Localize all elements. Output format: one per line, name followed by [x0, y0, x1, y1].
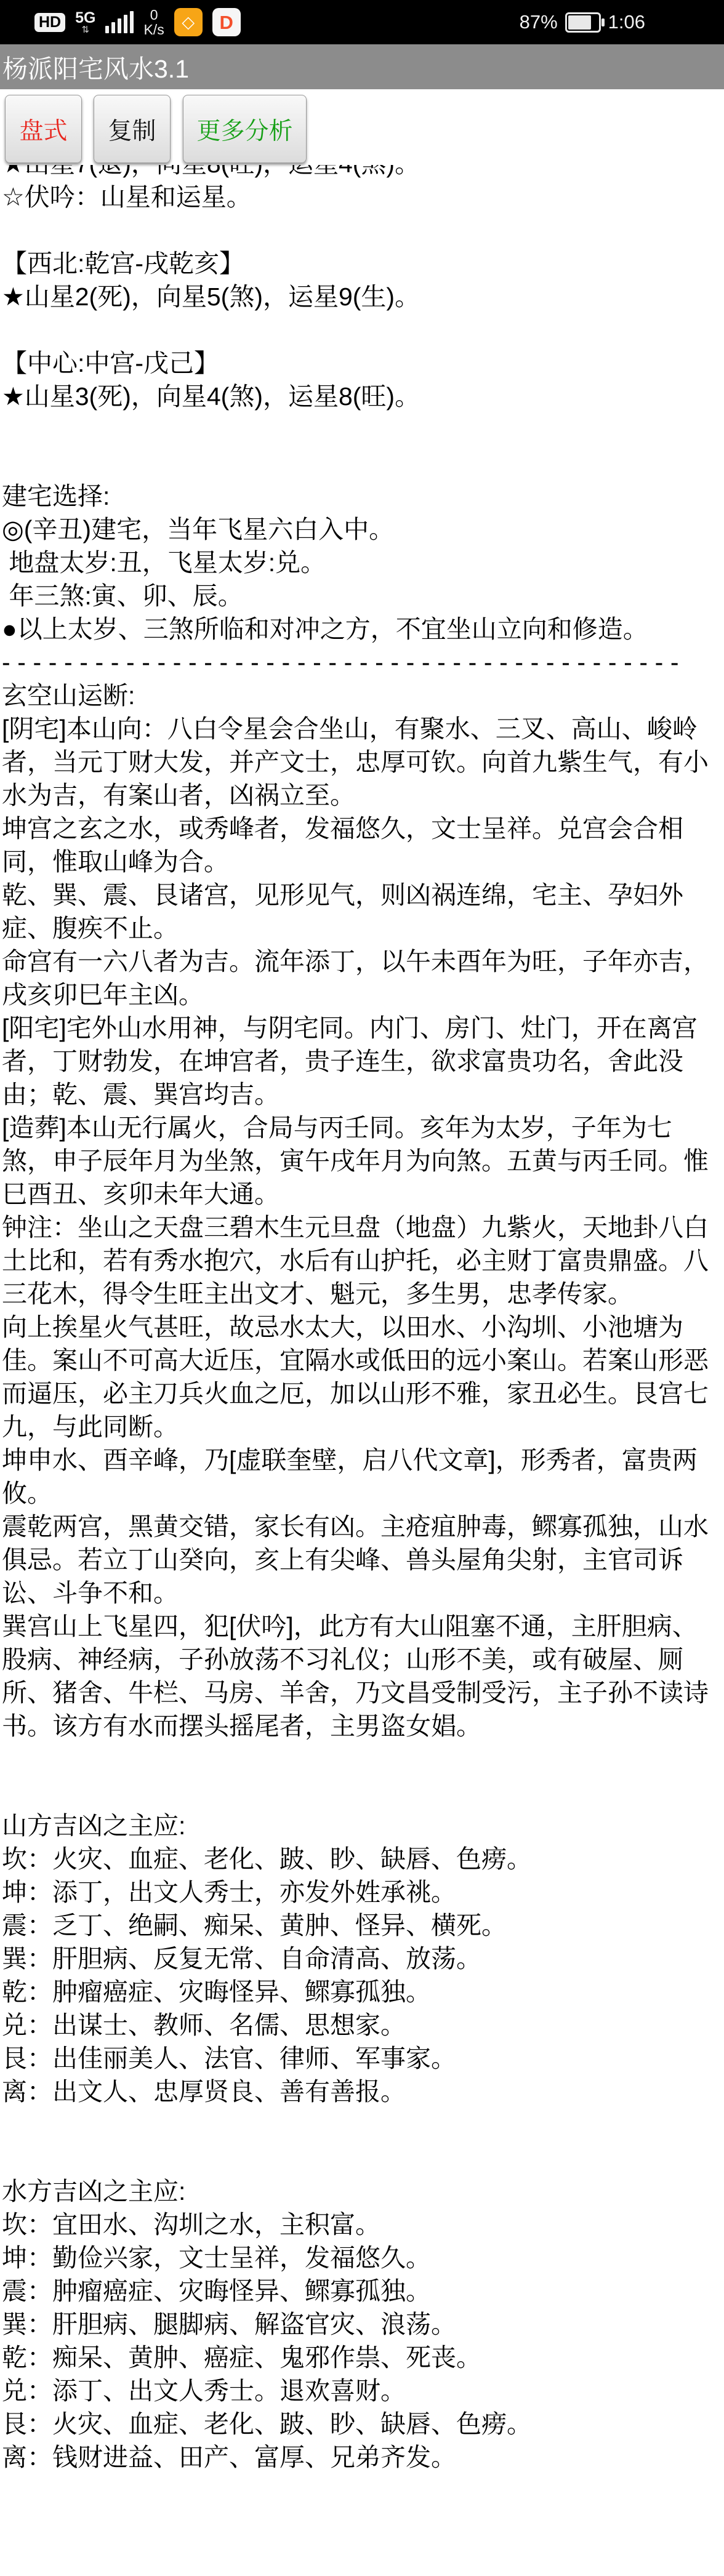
signal-strength-icon	[105, 11, 134, 33]
text-line: 震乾两宫，黑黄交错，家长有凶。主疮疽肿毒，鳏寡孤独，山水	[2, 1510, 724, 1543]
text-line: 由；乾、震、巽宫均吉。	[2, 1078, 724, 1111]
text-line: 巽：肝胆病、反复无常、自命清高、放荡。	[2, 1942, 724, 1975]
text-line: ◎(辛丑)建宅，当年飞星六白入中。	[2, 513, 724, 546]
network-type-label: 5G	[75, 10, 95, 26]
text-line	[2, 313, 724, 347]
gem-notification-app-icon: ◇	[174, 8, 203, 36]
speed-value: 0	[150, 7, 158, 22]
text-line: 【西北:乾宫-戌乾亥】	[2, 247, 724, 280]
text-line: 俱忌。若立丁山癸向，亥上有尖峰、兽头屋角尖射，主官司诉	[2, 1543, 724, 1576]
text-line: 者，当元丁财大发，并产文士，忠厚可钦。向首九紫生气，有小	[2, 745, 724, 779]
app-title: 杨派阳宅风水3.1	[2, 49, 189, 85]
text-line: 戌亥卯巳年主凶。	[2, 978, 724, 1011]
text-line: 坤申水、酉辛峰，乃[虚联奎壁，启八代文章]，形秀者，富贵两	[2, 1443, 724, 1477]
text-line: ☆伏吟：山星和运星。	[2, 180, 724, 214]
speed-unit: K/s	[143, 22, 164, 37]
text-line	[2, 214, 724, 247]
text-line: 乾、巽、震、艮诸宫，见形见气，则凶祸连绵，宅主、孕妇外	[2, 878, 724, 912]
text-line: [造葬]本山无行属火，合局与丙壬同。亥年为太岁，子年为七	[2, 1111, 724, 1144]
text-line: 兑：添丁、出文人秀士。退欢喜财。	[2, 2374, 724, 2407]
text-line: 土比和，若有秀水抱穴，水后有山护托，必主财丁富贵鼎盛。八	[2, 1244, 724, 1277]
text-line: 年三煞:寅、卯、辰。	[2, 579, 724, 612]
text-line: ★山星2(死)，向星5(煞)，运星9(生)。	[2, 280, 724, 313]
panshi-chart-button[interactable]: 盘式	[5, 95, 82, 163]
text-line: 九，与此同断。	[2, 1410, 724, 1443]
text-line	[2, 446, 724, 479]
text-line: 艮：出佳丽美人、法官、律师、军事家。	[2, 2042, 724, 2075]
text-line: ●以上太岁、三煞所临和对冲之方，不宜坐山立向和修造。	[2, 612, 724, 646]
text-line: ----------------------------------------…	[2, 646, 724, 679]
text-line: 者，丁财勃发，在坤宫者，贵子连生，欲求富贵功名，舍此没	[2, 1045, 724, 1078]
text-line: 坎：宜田水、沟圳之水，主积富。	[2, 2208, 724, 2241]
text-line: ★山星7(退)，向星8(旺)，运星4(煞)。	[2, 165, 724, 180]
text-line: [阳宅]宅外山水用神，与阴宅同。内门、房门、灶门，开在离宫	[2, 1011, 724, 1045]
text-line: 钟注：坐山之天盘三碧木生元旦盘（地盘）九紫火，天地卦八白	[2, 1211, 724, 1244]
clock-label: 1:06	[608, 11, 645, 33]
app-screen: HD 5G ⇅ 0 K/s ◇ D 87% 1:06 杨派阳宅风水3.1	[0, 0, 724, 2576]
text-line: 坤：勤俭兴家，文士呈祥，发福悠久。	[2, 2241, 724, 2274]
analysis-text-area[interactable]: ★山星7(退)，向星8(旺)，运星4(煞)。☆伏吟：山星和运星。【西北:乾宫-戌…	[0, 165, 724, 2576]
text-line: 攸。	[2, 1477, 724, 1510]
copy-button[interactable]: 复制	[94, 95, 171, 163]
didi-notification-app-icon: D	[212, 8, 241, 36]
more-analysis-button[interactable]: 更多分析	[183, 95, 307, 163]
text-line: ★山星3(死)，向星4(煞)，运星8(旺)。	[2, 380, 724, 413]
text-line: 向上挨星火气甚旺，故忌水太大，以田水、小沟圳、小池塘为	[2, 1310, 724, 1344]
text-line: 乾：肿瘤癌症、灾晦怪异、鳏寡孤独。	[2, 1975, 724, 2008]
text-line: 坤宫之玄之水，或秀峰者，发福悠久，文士呈祥。兑宫会合相	[2, 812, 724, 845]
text-line: 所、猪舍、牛栏、马房、羊舍，乃文昌受制受污，主子孙不读诗	[2, 1676, 724, 1709]
text-line: 玄空山运断:	[2, 679, 724, 712]
text-line: 乾：痴呆、黄肿、癌症、鬼邪作祟、死丧。	[2, 2341, 724, 2374]
text-line: 【中心:中宫-戊己】	[2, 347, 724, 380]
text-line: 震：肿瘤癌症、灾晦怪异、鳏寡孤独。	[2, 2274, 724, 2308]
text-line: 书。该方有水而摆头摇尾者，主男盗女娼。	[2, 1709, 724, 1743]
text-line: 水方吉凶之主应:	[2, 2175, 724, 2208]
text-line: 坤：添丁，出文人秀士，亦发外姓承祧。	[2, 1876, 724, 1909]
text-line: 离：钱财进益、田产、富厚、兄弟齐发。	[2, 2441, 724, 2474]
status-bar-left: HD 5G ⇅ 0 K/s ◇ D	[34, 7, 241, 37]
volte-hd-icon: HD	[34, 13, 65, 32]
text-line: 地盘太岁:丑，飞星太岁:兑。	[2, 546, 724, 579]
text-line: 山方吉凶之主应:	[2, 1809, 724, 1842]
battery-percent-label: 87%	[520, 11, 558, 33]
text-line: 症、腹疾不止。	[2, 912, 724, 945]
text-line: 股病、神经病，子孙放荡不习礼仪；山形不美，或有破屋、厕	[2, 1643, 724, 1676]
text-line: 坎：火灾、血症、老化、跛、眇、缺唇、色痨。	[2, 1842, 724, 1876]
title-bar: 杨派阳宅风水3.1	[0, 44, 724, 89]
toolbar: 盘式 复制 更多分析	[0, 89, 724, 165]
text-line: 震：乏丁、绝嗣、痴呆、黄肿、怪异、横死。	[2, 1909, 724, 1942]
text-line: 离：出文人、忠厚贤良、善有善报。	[2, 2075, 724, 2108]
battery-icon	[565, 12, 601, 33]
text-line: 巽宫山上飞星四，犯[伏吟]，此方有大山阻塞不通，主肝胆病、	[2, 1610, 724, 1643]
data-updown-arrows-icon: ⇅	[82, 25, 90, 34]
network-speed-indicator: 0 K/s	[143, 7, 164, 37]
text-line: 水为吉，有案山者，凶祸立至。	[2, 779, 724, 812]
text-line: 三花木，得令生旺主出文才、魁元，多生男，忠孝传家。	[2, 1277, 724, 1310]
text-line: 同，惟取山峰为合。	[2, 845, 724, 878]
network-type-indicator: 5G ⇅	[75, 10, 95, 34]
text-line: 建宅选择:	[2, 479, 724, 513]
text-line	[2, 1776, 724, 1809]
text-line: 讼、斗争不和。	[2, 1576, 724, 1610]
status-bar: HD 5G ⇅ 0 K/s ◇ D 87% 1:06	[0, 0, 724, 44]
text-line	[2, 2108, 724, 2141]
text-line: 命宫有一六八者为吉。流年添丁，以午未酉年为旺，子年亦吉，	[2, 945, 724, 978]
text-line	[2, 2141, 724, 2175]
text-line: 而逼压，必主刀兵火血之厄，加以山形不雅，家丑必生。艮宫七	[2, 1377, 724, 1410]
text-line	[2, 1743, 724, 1776]
text-line: 巽：肝胆病、腿脚病、解盗官灾、浪荡。	[2, 2308, 724, 2341]
text-line: 艮：火灾、血症、老化、跛、眇、缺唇、色痨。	[2, 2407, 724, 2441]
status-bar-right: 87% 1:06	[520, 11, 645, 33]
text-line: 巳酉丑、亥卯未年大通。	[2, 1178, 724, 1211]
text-line: 兑：出谋士、教师、名儒、思想家。	[2, 2008, 724, 2042]
text-line: 佳。案山不可高大近压，宜隔水或低田的远小案山。若案山形恶	[2, 1344, 724, 1377]
text-line	[2, 413, 724, 446]
text-line: [阴宅]本山向：八白令星会合坐山，有聚水、三叉、高山、峻岭	[2, 712, 724, 745]
text-line: 煞，申子辰年月为坐煞，寅午戌年月为向煞。五黄与丙壬同。惟	[2, 1144, 724, 1178]
